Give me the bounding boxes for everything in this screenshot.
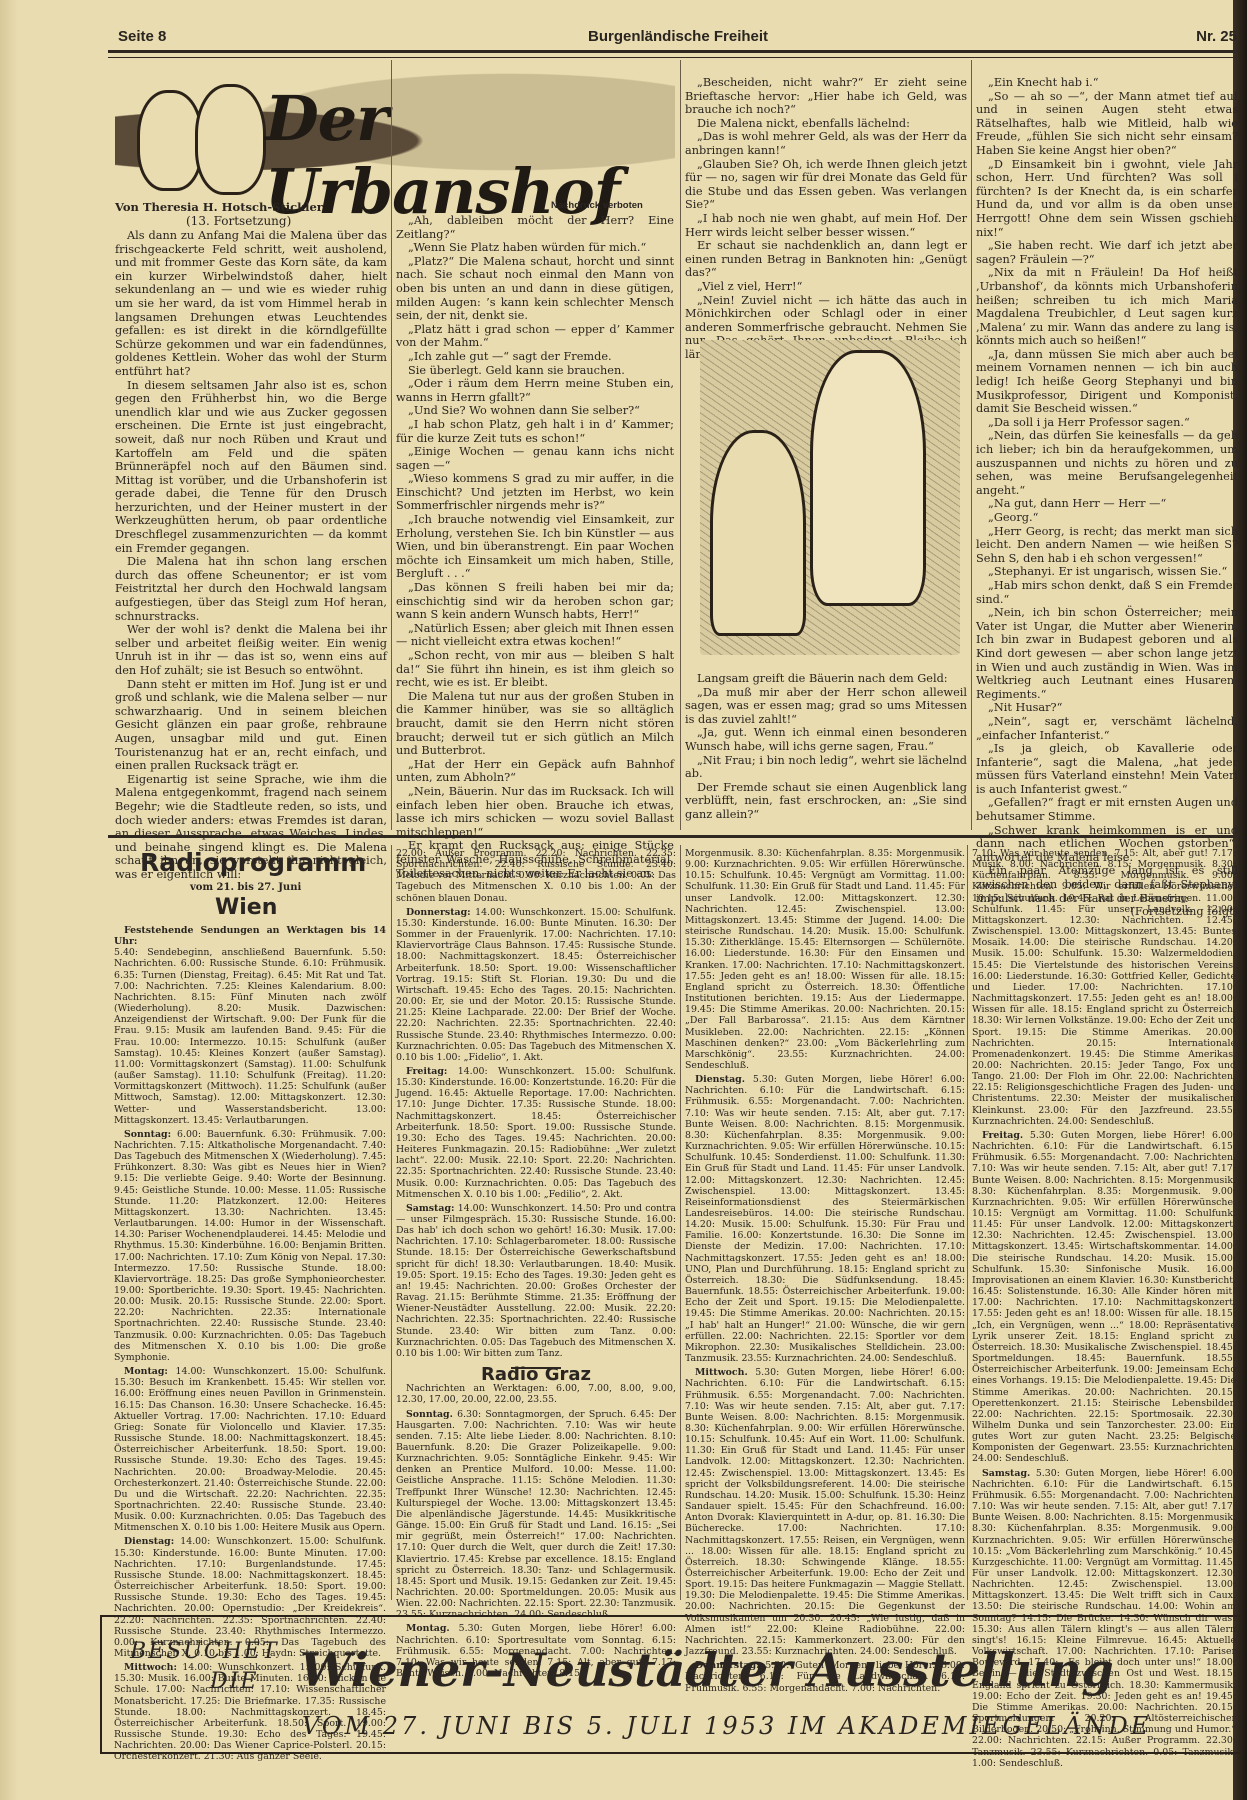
day-text: 5.30: Guten Morgen, liebe Hörer! 6.00: N… xyxy=(685,1367,965,1657)
day-text: 6.00: Bauernfunk. 6.30: Frühmusik. 7.00:… xyxy=(114,1129,386,1363)
paragraph: „Schon recht, von mir aus — bleiben S ha… xyxy=(396,649,674,690)
ad-headline: Wiener-Neustädter Ausstellung xyxy=(300,1643,1114,1697)
story-column-3-top: „Bescheiden, nicht wahr?“ Er zieht seine… xyxy=(685,76,967,361)
paragraph: „Das is wohl mehrer Geld, als was der He… xyxy=(685,130,967,157)
paragraph: „I hab schon Platz, geh halt i in d’ Kam… xyxy=(396,418,674,445)
paragraph: Dann steht er mitten im Hof. Jung ist er… xyxy=(115,678,387,773)
serial-banner-illustration: Der Urbanshof xyxy=(115,72,675,197)
issue-number: Nr. 25 xyxy=(1196,28,1237,45)
graz-heading: Radio Graz xyxy=(396,1369,676,1380)
paragraph: Die Malena tut nur aus der großen Stuben… xyxy=(396,690,674,758)
paragraph: „Na gut, dann Herr — Herr —“ xyxy=(976,497,1238,511)
paragraph: Die Malena nickt, ebenfalls lächelnd: xyxy=(685,117,967,131)
column-rule xyxy=(391,60,392,830)
paragraph: „Nein, ich bin schon Österreicher; mein … xyxy=(976,606,1238,701)
paragraph: „Wieso kommens S grad zu mir auffer, in … xyxy=(396,472,674,513)
ad-dates: VOM 27. JUNI BIS 5. JULI 1953 IM AKADEMI… xyxy=(302,1712,1151,1740)
day-schedule: Freitag: 14.00: Wunschkonzert. 15.00: Sc… xyxy=(396,1066,676,1200)
weekday-schedule: 5.40: Sendebeginn, anschließend Bauernfu… xyxy=(114,947,386,1126)
paragraph: „Ja, gut. Wenn ich einmal einen besonder… xyxy=(685,726,967,753)
paragraph: „Wenn Sie Platz haben würden für mich.“ xyxy=(396,241,674,255)
ad-die: DIE xyxy=(210,1669,258,1694)
story-column-4: „Ein Knecht hab i.“ „So — ah so —“, der … xyxy=(976,76,1238,919)
paragraph: „Einige Wochen — genau kann ichs nicht s… xyxy=(396,445,674,472)
paragraph: Der Fremde schaut sie einen Augenblick l… xyxy=(685,781,967,822)
day-schedule: Freitag. 5.30: Guten Morgen, liebe Hörer… xyxy=(972,1130,1236,1465)
day-text: 14.00: Wunschkonzert. 14.50: Pro und con… xyxy=(396,1203,676,1359)
weekday-label: Feststehende Sendungen an Werktagen bis … xyxy=(114,925,386,947)
standing-woman-figure-icon xyxy=(810,350,926,606)
paragraph: „Nix da mit n Fräulein! Da Hof heißt ‚Ur… xyxy=(976,266,1238,348)
paragraph: „Herr Georg, is recht; das merkt man sic… xyxy=(976,525,1238,566)
day-schedule: Mittwoch. 5.30: Guten Morgen, liebe Höre… xyxy=(685,1367,965,1657)
paragraph: „Platz hätt i grad schon — epper d’ Kamm… xyxy=(396,323,674,350)
paragraph: „Georg.“ xyxy=(976,511,1238,525)
column-rule xyxy=(680,60,681,830)
paragraph: „D Einsamkeit bin i gwohnt, viele Jahr s… xyxy=(976,158,1238,240)
day-schedule: Donnerstag: 14.00: Wunschkonzert. 15.00:… xyxy=(396,907,676,1063)
paragraph: „Natürlich Essen; aber gleich mit Ihnen … xyxy=(396,622,674,649)
day-label: Dienstag: xyxy=(124,1536,174,1547)
radio-program-title: Radioprogramm xyxy=(140,848,366,877)
wien-heading: Wien xyxy=(215,895,277,920)
exhibition-advertisement: BESUCHET DIE Wiener-Neustädter Ausstellu… xyxy=(100,1615,1242,1754)
paragraph: „Und Sie? Wo wohnen dann Sie selber?“ xyxy=(396,404,674,418)
day-label: Samstag. xyxy=(982,1468,1030,1479)
day-schedule: Dienstag. 5.30: Guten Morgen, liebe Höre… xyxy=(685,1074,965,1364)
paragraph: „Ich zahle gut —“ sagt der Fremde. xyxy=(396,350,674,364)
paragraph: In diesem seltsamen Jahr also ist es, sc… xyxy=(115,379,387,556)
paragraph: „So — ah so —“, der Mann atmet tief auf … xyxy=(976,90,1238,158)
paragraph: „Bescheiden, nicht wahr?“ Er zieht seine… xyxy=(685,76,967,117)
radio-column-2: 22.00: Außer Programm. 22.20: Nachrichte… xyxy=(396,848,676,1682)
reprint-note: Nachdruck verboten xyxy=(551,200,643,211)
paragraph: „Nein, Bäuerin. Nur das im Rucksack. Ich… xyxy=(396,785,674,839)
paragraph: „Sie haben recht. Wie darf ich jetzt abe… xyxy=(976,239,1238,266)
paragraph: „Ah, dableiben möcht der Herr? Eine Zeit… xyxy=(396,214,674,241)
paragraph: „Ich brauche notwendig viel Einsamkeit, … xyxy=(396,513,674,581)
paragraph: „I hab noch nie wen ghabt, auf mein Hof.… xyxy=(685,212,967,239)
column-rule xyxy=(680,845,681,1600)
paragraph: „Ja, dann müssen Sie mich aber auch bei … xyxy=(976,348,1238,416)
installment-label: (13. Fortsetzung) xyxy=(186,214,291,228)
paragraph: „Nit Husar?“ xyxy=(976,701,1238,715)
column-rule xyxy=(971,60,972,830)
paragraph: „Platz?“ Die Malena schaut, horcht und s… xyxy=(396,255,674,323)
paragraph: „Nit Frau; i bin noch ledig“, wehrt sie … xyxy=(685,754,967,781)
radio-column-3: Morgenmusik. 8.30: Küchenfahrplan. 8.35:… xyxy=(685,848,965,1697)
section-divider xyxy=(108,835,1238,838)
paragraph: „Viel z viel, Herr!“ xyxy=(685,280,967,294)
day-text: 5.30: Guten Morgen, liebe Hörer! 6.00: N… xyxy=(972,1130,1236,1465)
paragraph: Als dann zu Anfang Mai die Malena über d… xyxy=(115,229,387,379)
paragraph: „Is ja gleich, ob Kavallerie oder Infant… xyxy=(976,742,1238,796)
day-label: Freitag. xyxy=(982,1130,1023,1141)
day-label: Sonntag. xyxy=(406,1409,453,1420)
page-number: Seite 8 xyxy=(118,28,166,45)
graz-news-times: Nachrichten an Werktagen: 6.00, 7.00, 8.… xyxy=(396,1383,676,1405)
day-text: 14.00: Wunschkonzert. 15.00: Schulfunk. … xyxy=(396,1066,676,1200)
day-label: Mittwoch. xyxy=(695,1367,748,1378)
story-column-1: Als dann zu Anfang Mai die Malena über d… xyxy=(115,229,387,882)
day-schedule: Sonntag. 6.30: Sonntagmorgen, der Spruch… xyxy=(396,1409,676,1621)
farm-woman-and-visitor-illustration xyxy=(700,340,960,655)
paragraph: „Ein Knecht hab i.“ xyxy=(976,76,1238,90)
paragraph: Die Malena hat ihn schon lang erschen du… xyxy=(115,555,387,623)
day-text: 14.00: Wunschkonzert. 15.00: Schulfunk. … xyxy=(396,907,676,1063)
paragraph: Sie überlegt. Geld kann sie brauchen. xyxy=(396,364,674,378)
header-rule xyxy=(108,50,1238,58)
man-portrait-icon xyxy=(137,90,203,191)
paragraph: „Da muß mir aber der Herr schon alleweil… xyxy=(685,686,967,727)
schedule-continuation: 7.10: Was wir heute senden. 7.15: Alt, a… xyxy=(972,848,1236,1127)
paragraph: Langsam greift die Bäuerin nach dem Geld… xyxy=(685,672,967,686)
seated-man-figure-icon xyxy=(710,430,806,636)
day-label: Freitag: xyxy=(406,1066,447,1077)
radio-program-dates: vom 21. bis 27. Juni xyxy=(190,882,301,893)
author-byline: Von Theresia H. Hotsch-Stickler xyxy=(115,200,323,214)
day-label: Samstag: xyxy=(406,1203,454,1214)
day-label: Montag: xyxy=(124,1366,168,1377)
schedule-continuation: 22.00: Außer Programm. 22.20: Nachrichte… xyxy=(396,848,676,904)
paragraph: „Gefallen?“ fragt er mit ernsten Augen u… xyxy=(976,796,1238,823)
paragraph: „Nein“, sagt er, verschämt lächelnd, „ei… xyxy=(976,715,1238,742)
column-rule xyxy=(967,845,968,1600)
paragraph: „Oder i räum dem Herrn meine Stuben ein,… xyxy=(396,377,674,404)
paragraph: „Stephanyi. Er ist ungarisch, wissen Sie… xyxy=(976,565,1238,579)
day-text: 5.30: Guten Morgen, liebe Hörer! 6.00: N… xyxy=(685,1074,965,1364)
paragraph: „Hab mirs schon denkt, daß S ein Fremder… xyxy=(976,579,1238,606)
day-text: 6.30: Sonntagmorgen, der Spruch. 6.45: D… xyxy=(396,1409,676,1621)
schedule-continuation: Morgenmusik. 8.30: Küchenfahrplan. 8.35:… xyxy=(685,848,965,1071)
story-column-2: „Ah, dableiben möcht der Herr? Eine Zeit… xyxy=(396,214,674,880)
story-column-3-bottom: Langsam greift die Bäuerin nach dem Geld… xyxy=(685,672,967,822)
day-schedule: Montag: 14.00: Wunschkonzert. 15.00: Sch… xyxy=(114,1366,386,1533)
day-schedule: Samstag: 14.00: Wunschkonzert. 14.50: Pr… xyxy=(396,1203,676,1359)
woman-portrait-icon xyxy=(195,84,266,195)
page-header: Seite 8 Burgenländische Freiheit Nr. 25 xyxy=(118,28,1243,48)
paragraph: „Das können S freili haben bei mir da; e… xyxy=(396,581,674,622)
paragraph: Er schaut sie nachdenklich an, dann legt… xyxy=(685,239,967,280)
day-label: Dienstag. xyxy=(695,1074,745,1085)
paragraph: „Nein, das dürfen Sie keinesfalls — da g… xyxy=(976,429,1238,497)
day-schedule: Sonntag: 6.00: Bauernfunk. 6.30: Frühmus… xyxy=(114,1129,386,1363)
day-label: Donnerstag: xyxy=(406,907,471,918)
paragraph: „Glauben Sie? Oh, ich werde Ihnen gleich… xyxy=(685,158,967,212)
day-label: Sonntag: xyxy=(124,1129,171,1140)
day-text: 14.00: Wunschkonzert. 15.00: Schulfunk. … xyxy=(114,1366,386,1533)
paragraph: „Da soll i ja Herr Professor sagen.“ xyxy=(976,416,1238,430)
paragraph: Wer der wohl is? denkt die Malena bei ih… xyxy=(115,623,387,677)
newspaper-title: Burgenländische Freiheit xyxy=(588,28,768,45)
ad-besuchet: BESUCHET xyxy=(130,1639,279,1664)
column-rule xyxy=(391,845,392,1600)
paragraph: „Hat der Herr ein Gepäck aufn Bahnhof un… xyxy=(396,758,674,785)
page-edge xyxy=(0,0,18,1800)
